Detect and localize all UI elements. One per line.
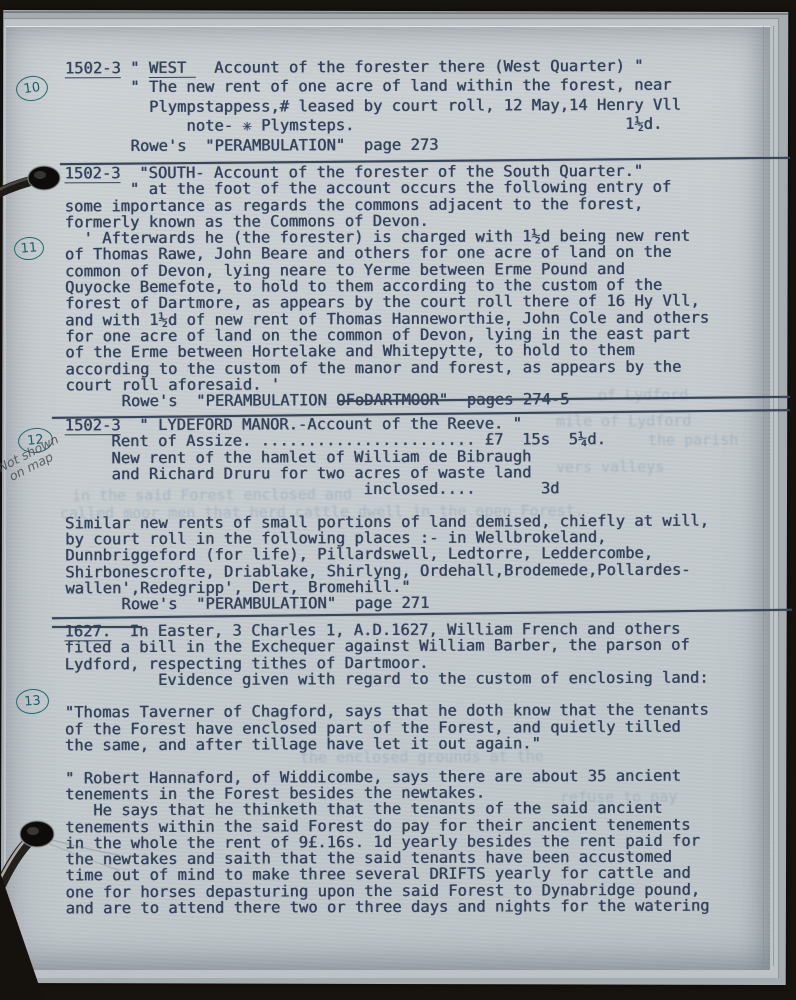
section-keyword: WEST [149, 59, 196, 78]
section-1627-exchequer: 1627. In Easter, 3 Charles 1, A.D.1627, … [64, 621, 709, 917]
page-edge-line [773, 26, 774, 966]
section-body: " LYDEFORD MANOR.-Account of the Reeve. … [65, 414, 709, 613]
section-west: 1502-3 " WEST Account of the forester th… [65, 57, 681, 157]
section-date: 1502-3 [65, 59, 121, 78]
section-south: 1502-3 "SOUTH- Account of the forester o… [64, 163, 709, 410]
section-body: "SOUTH- Account of the forester of the S… [65, 162, 710, 411]
page-edge-line [763, 26, 764, 966]
section-body: In Easter, 3 Charles 1, A.D.1627, Willia… [64, 620, 709, 918]
photographed-binder-page: of Lydford mile of Lydford the parish ve… [0, 0, 796, 1000]
page-edge-ridge [3, 11, 788, 15]
section-lydeford-manor: 1502-3 " LYDEFORD MANOR.-Account of the … [65, 415, 710, 613]
